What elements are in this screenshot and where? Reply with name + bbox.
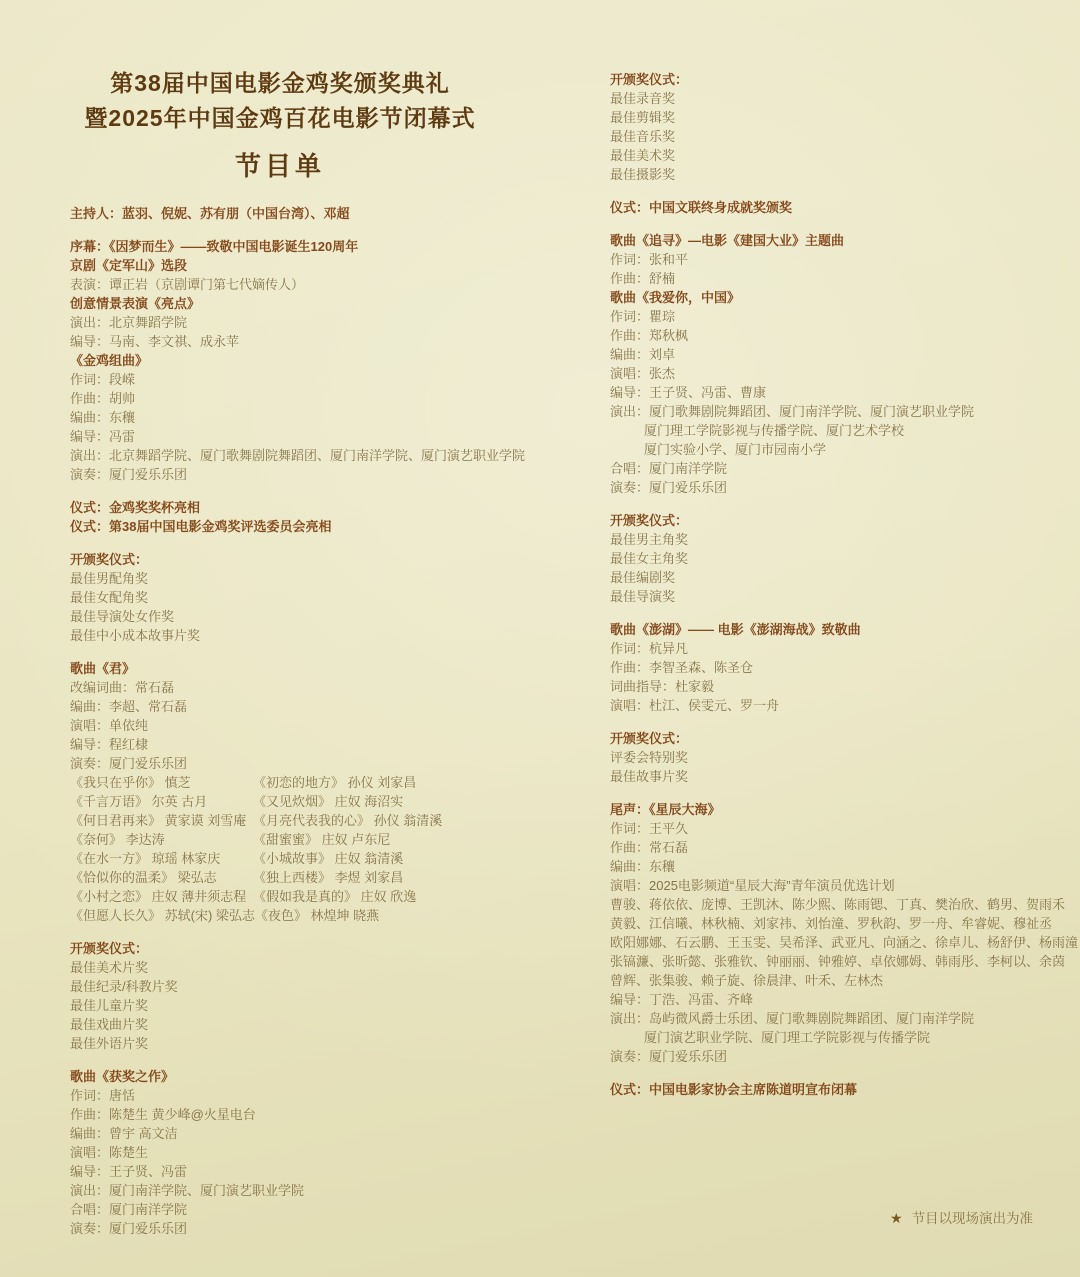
program-block: 仪式：中国文联终身成就奖颁奖 xyxy=(610,198,1072,217)
footer-note-text: 节目以现场演出为准 xyxy=(912,1211,1034,1226)
program-block: 歌曲《获奖之作》作词：唐恬作曲：陈楚生 黄少峰@火星电台编曲：曾宇 高文洁演唱：… xyxy=(70,1067,552,1238)
program-line: 最佳男主角奖 xyxy=(610,530,1072,549)
program-heading-line: 歌曲《君》 xyxy=(70,659,552,678)
program-block: 歌曲《君》改编词曲：常石磊编曲：李超、常石磊演唱：单依纯编导：程红棣演奏：厦门爱… xyxy=(70,659,552,925)
right-column: 开颁奖仪式：最佳录音奖最佳剪辑奖最佳音乐奖最佳美术奖最佳摄影奖仪式：中国文联终身… xyxy=(610,70,1072,1099)
song-row: 《我只在乎你》 慎芝《初恋的地方》 孙仪 刘家昌 xyxy=(70,773,552,792)
program-block: 开颁奖仪式：最佳录音奖最佳剪辑奖最佳音乐奖最佳美术奖最佳摄影奖 xyxy=(610,70,1072,184)
song-entry-right: 《月亮代表我的心》 孙仪 翁清溪 xyxy=(253,811,552,830)
program-line: 最佳美术片奖 xyxy=(70,958,552,977)
program-line: 最佳儿童片奖 xyxy=(70,996,552,1015)
program-block: 主持人：蓝羽、倪妮、苏有朋（中国台湾）、邓超 xyxy=(70,204,552,223)
program-line: 作曲：胡帅 xyxy=(70,389,552,408)
program-heading-line: 歌曲《追寻》—电影《建国大业》主题曲 xyxy=(610,231,1072,250)
program-line: 词曲指导：杜家毅 xyxy=(610,677,1072,696)
song-row: 《何日君再来》 黄家谟 刘雪庵《月亮代表我的心》 孙仪 翁清溪 xyxy=(70,811,552,830)
page-title-line1: 第38届中国电影金鸡奖颁奖典礼 xyxy=(50,66,510,101)
program-line: 演唱：张杰 xyxy=(610,364,1072,383)
program-block: 尾声：《星辰大海》作词：王平久作曲：常石磊编曲：东穰演唱：2025电影频道“星辰… xyxy=(610,800,1072,1066)
program-line: 最佳中小成本故事片奖 xyxy=(70,626,552,645)
song-entry-right: 《夜色》 林煌坤 晓燕 xyxy=(255,906,552,925)
program-heading-line: 开颁奖仪式： xyxy=(610,70,1072,89)
program-line: 合唱：厦门南洋学院 xyxy=(610,459,1072,478)
program-line: 编曲：东穰 xyxy=(70,408,552,427)
song-row: 《在水一方》 琼瑶 林家庆《小城故事》 庄奴 翁清溪 xyxy=(70,849,552,868)
song-row: 《小村之恋》 庄奴 薄井须志程《假如我是真的》 庄奴 欣逸 xyxy=(70,887,552,906)
song-entry-left: 《奈何》 李达涛 xyxy=(70,830,253,849)
song-row: 《千言万语》 尔英 古月《又见炊烟》 庄奴 海沼实 xyxy=(70,792,552,811)
program-line: 编曲：曾宇 高文洁 xyxy=(70,1124,552,1143)
program-block: 仪式：中国电影家协会主席陈道明宣布闭幕 xyxy=(610,1080,1072,1099)
song-row: 《恰似你的温柔》 梁弘志《独上西楼》 李煜 刘家昌 xyxy=(70,868,552,887)
program-heading-line: 仪式：第38届中国电影金鸡奖评选委员会亮相 xyxy=(70,517,552,536)
program-line: 作词：瞿琮 xyxy=(610,307,1072,326)
program-line: 演唱：杜江、侯雯元、罗一舟 xyxy=(610,696,1072,715)
program-line: 编导：程红棣 xyxy=(70,735,552,754)
program-heading-line: 创意情景表演《亮点》 xyxy=(70,294,552,313)
left-column: 主持人：蓝羽、倪妮、苏有朋（中国台湾）、邓超序幕：《因梦而生》——致敬中国电影诞… xyxy=(70,204,552,1238)
program-line: 演唱：陈楚生 xyxy=(70,1143,552,1162)
song-entry-left: 《但愿人长久》 苏轼(宋) 梁弘志 xyxy=(70,906,255,925)
program-line: 演奏：厦门爱乐乐团 xyxy=(70,465,552,484)
star-icon: ★ xyxy=(890,1210,903,1226)
program-line: 作曲：陈楚生 黄少峰@火星电台 xyxy=(70,1105,552,1124)
song-entry-left: 《千言万语》 尔英 古月 xyxy=(70,792,253,811)
program-heading-line: 开颁奖仪式： xyxy=(70,550,552,569)
program-heading-line: 歌曲《获奖之作》 xyxy=(70,1067,552,1086)
song-entry-right: 《小城故事》 庄奴 翁清溪 xyxy=(253,849,552,868)
program-heading-line: 序幕：《因梦而生》——致敬中国电影诞生120周年 xyxy=(70,237,552,256)
program-line: 厦门实验小学、厦门市园南小学 xyxy=(610,440,1072,459)
program-line: 最佳美术奖 xyxy=(610,146,1072,165)
program-line: 演唱：2025电影频道“星辰大海”青年演员优选计划 xyxy=(610,876,1072,895)
program-line: 合唱：厦门南洋学院 xyxy=(70,1200,552,1219)
program-line: 最佳女配角奖 xyxy=(70,588,552,607)
program-line: 演奏：厦门爱乐乐团 xyxy=(70,754,552,773)
program-heading-line: 仪式：中国电影家协会主席陈道明宣布闭幕 xyxy=(610,1080,1072,1099)
song-entry-left: 《何日君再来》 黄家谟 刘雪庵 xyxy=(70,811,253,830)
program-line: 最佳导演处女作奖 xyxy=(70,607,552,626)
program-block: 开颁奖仪式：最佳美术片奖最佳纪录/科教片奖最佳儿童片奖最佳戏曲片奖最佳外语片奖 xyxy=(70,939,552,1053)
song-entry-left: 《恰似你的温柔》 梁弘志 xyxy=(70,868,253,887)
program-line: 表演：谭正岩（京剧谭门第七代嫡传人） xyxy=(70,275,552,294)
program-block: 开颁奖仪式：最佳男主角奖最佳女主角奖最佳编剧奖最佳导演奖 xyxy=(610,511,1072,606)
program-line: 最佳摄影奖 xyxy=(610,165,1072,184)
program-line: 最佳编剧奖 xyxy=(610,568,1072,587)
program-line: 厦门演艺职业学院、厦门理工学院影视与传播学院 xyxy=(610,1028,1072,1047)
program-line: 最佳戏曲片奖 xyxy=(70,1015,552,1034)
program-line: 欧阳娜娜、石云鹏、王玉雯、吴希泽、武亚凡、向涵之、徐卓儿、杨舒伊、杨雨潼 xyxy=(610,933,1072,952)
program-line: 作词：段嵘 xyxy=(70,370,552,389)
program-line: 曾辉、张集骏、赖子旋、徐晨津、叶禾、左林杰 xyxy=(610,971,1072,990)
program-block: 歌曲《澎湖》—— 电影《澎湖海战》致敬曲作词：杭异凡作曲：李智圣森、陈圣仓词曲指… xyxy=(610,620,1072,715)
program-block: 开颁奖仪式：评委会特别奖最佳故事片奖 xyxy=(610,729,1072,786)
program-heading-line: 仪式：金鸡奖奖杯亮相 xyxy=(70,498,552,517)
program-line: 最佳纪录/科教片奖 xyxy=(70,977,552,996)
program-line: 演奏：厦门爱乐乐团 xyxy=(70,1219,552,1238)
program-line: 编导：王子贤、冯雷、曹康 xyxy=(610,383,1072,402)
program-line: 黄毅、江信曦、林秋楠、刘家祎、刘怡潼、罗秋韵、罗一舟、牟睿妮、穆祉丞 xyxy=(610,914,1072,933)
song-entry-right: 《初恋的地方》 孙仪 刘家昌 xyxy=(253,773,552,792)
program-heading-line: 《金鸡组曲》 xyxy=(70,351,552,370)
program-line: 编曲：刘卓 xyxy=(610,345,1072,364)
program-heading-line: 开颁奖仪式： xyxy=(610,511,1072,530)
song-entry-left: 《小村之恋》 庄奴 薄井须志程 xyxy=(70,887,253,906)
program-line: 曹骏、蒋依依、庞博、王凯沐、陈少熙、陈雨锶、丁真、樊治欣、鹤男、贺雨禾 xyxy=(610,895,1072,914)
program-line: 最佳导演奖 xyxy=(610,587,1072,606)
song-entry-left: 《我只在乎你》 慎芝 xyxy=(70,773,253,792)
program-line: 演奏：厦门爱乐乐团 xyxy=(610,1047,1072,1066)
program-heading-line: 开颁奖仪式： xyxy=(610,729,1072,748)
footer-note: ★节目以现场演出为准 xyxy=(890,1209,1033,1228)
program-line: 编导：冯雷 xyxy=(70,427,552,446)
song-entry-right: 《甜蜜蜜》 庄奴 卢东尼 xyxy=(253,830,552,849)
program-line: 演唱：单依纯 xyxy=(70,716,552,735)
program-block: 歌曲《追寻》—电影《建国大业》主题曲作词：张和平作曲：舒楠歌曲《我爱你，中国》作… xyxy=(610,231,1072,497)
song-row: 《但愿人长久》 苏轼(宋) 梁弘志《夜色》 林煌坤 晓燕 xyxy=(70,906,552,925)
program-line: 作词：王平久 xyxy=(610,819,1072,838)
program-heading-line: 主持人：蓝羽、倪妮、苏有朋（中国台湾）、邓超 xyxy=(70,204,552,223)
program-line: 作曲：郑秋枫 xyxy=(610,326,1072,345)
program-line: 作词：唐恬 xyxy=(70,1086,552,1105)
program-line: 演出：北京舞蹈学院、厦门歌舞剧院舞蹈团、厦门南洋学院、厦门演艺职业学院 xyxy=(70,446,552,465)
program-line: 编导：马南、李文祺、成永苹 xyxy=(70,332,552,351)
page-title-line2: 暨2025年中国金鸡百花电影节闭幕式 xyxy=(50,101,510,136)
program-line: 编导：丁浩、冯雷、齐峰 xyxy=(610,990,1072,1009)
program-line: 最佳男配角奖 xyxy=(70,569,552,588)
program-line: 编曲：东穰 xyxy=(610,857,1072,876)
song-entry-right: 《又见炊烟》 庄奴 海沼实 xyxy=(253,792,552,811)
program-line: 最佳女主角奖 xyxy=(610,549,1072,568)
program-page: 第38届中国电影金鸡奖颁奖典礼 暨2025年中国金鸡百花电影节闭幕式 节目单 主… xyxy=(0,0,1080,1277)
program-block: 仪式：金鸡奖奖杯亮相仪式：第38届中国电影金鸡奖评选委员会亮相 xyxy=(70,498,552,536)
program-line: 改编词曲：常石磊 xyxy=(70,678,552,697)
program-block: 开颁奖仪式：最佳男配角奖最佳女配角奖最佳导演处女作奖最佳中小成本故事片奖 xyxy=(70,550,552,645)
program-line: 最佳录音奖 xyxy=(610,89,1072,108)
program-line: 作曲：舒楠 xyxy=(610,269,1072,288)
program-line: 作曲：常石磊 xyxy=(610,838,1072,857)
program-line: 演奏：厦门爱乐乐团 xyxy=(610,478,1072,497)
program-heading-line: 歌曲《澎湖》—— 电影《澎湖海战》致敬曲 xyxy=(610,620,1072,639)
program-heading-line: 京剧《定军山》选段 xyxy=(70,256,552,275)
program-line: 编曲：李超、常石磊 xyxy=(70,697,552,716)
program-line: 最佳外语片奖 xyxy=(70,1034,552,1053)
program-line: 作曲：李智圣森、陈圣仓 xyxy=(610,658,1072,677)
program-heading-line: 歌曲《我爱你，中国》 xyxy=(610,288,1072,307)
song-entry-right: 《假如我是真的》 庄奴 欣逸 xyxy=(253,887,552,906)
program-line: 最佳音乐奖 xyxy=(610,127,1072,146)
program-block: 序幕：《因梦而生》——致敬中国电影诞生120周年京剧《定军山》选段表演：谭正岩（… xyxy=(70,237,552,484)
program-line: 评委会特别奖 xyxy=(610,748,1072,767)
program-line: 张镐濂、张昕懿、张雅钦、钟丽丽、钟雅婷、卓依娜姆、韩雨彤、李柯以、余茵 xyxy=(610,952,1072,971)
program-line: 编导：王子贤、冯雷 xyxy=(70,1162,552,1181)
page-subtitle: 节目单 xyxy=(50,146,510,183)
program-line: 作词：张和平 xyxy=(610,250,1072,269)
program-line: 演出：岛屿微风爵士乐团、厦门歌舞剧院舞蹈团、厦门南洋学院 xyxy=(610,1009,1072,1028)
program-line: 作词：杭异凡 xyxy=(610,639,1072,658)
program-line: 演出：厦门南洋学院、厦门演艺职业学院 xyxy=(70,1181,552,1200)
program-heading-line: 尾声：《星辰大海》 xyxy=(610,800,1072,819)
song-row: 《奈何》 李达涛《甜蜜蜜》 庄奴 卢东尼 xyxy=(70,830,552,849)
page-title: 第38届中国电影金鸡奖颁奖典礼 暨2025年中国金鸡百花电影节闭幕式 节目单 xyxy=(50,66,510,183)
program-line: 最佳剪辑奖 xyxy=(610,108,1072,127)
song-entry-right: 《独上西楼》 李煜 刘家昌 xyxy=(253,868,552,887)
program-line: 最佳故事片奖 xyxy=(610,767,1072,786)
program-line: 演出：厦门歌舞剧院舞蹈团、厦门南洋学院、厦门演艺职业学院 xyxy=(610,402,1072,421)
program-line: 演出：北京舞蹈学院 xyxy=(70,313,552,332)
program-heading-line: 开颁奖仪式： xyxy=(70,939,552,958)
program-line: 厦门理工学院影视与传播学院、厦门艺术学校 xyxy=(610,421,1072,440)
program-heading-line: 仪式：中国文联终身成就奖颁奖 xyxy=(610,198,1072,217)
song-entry-left: 《在水一方》 琼瑶 林家庆 xyxy=(70,849,253,868)
